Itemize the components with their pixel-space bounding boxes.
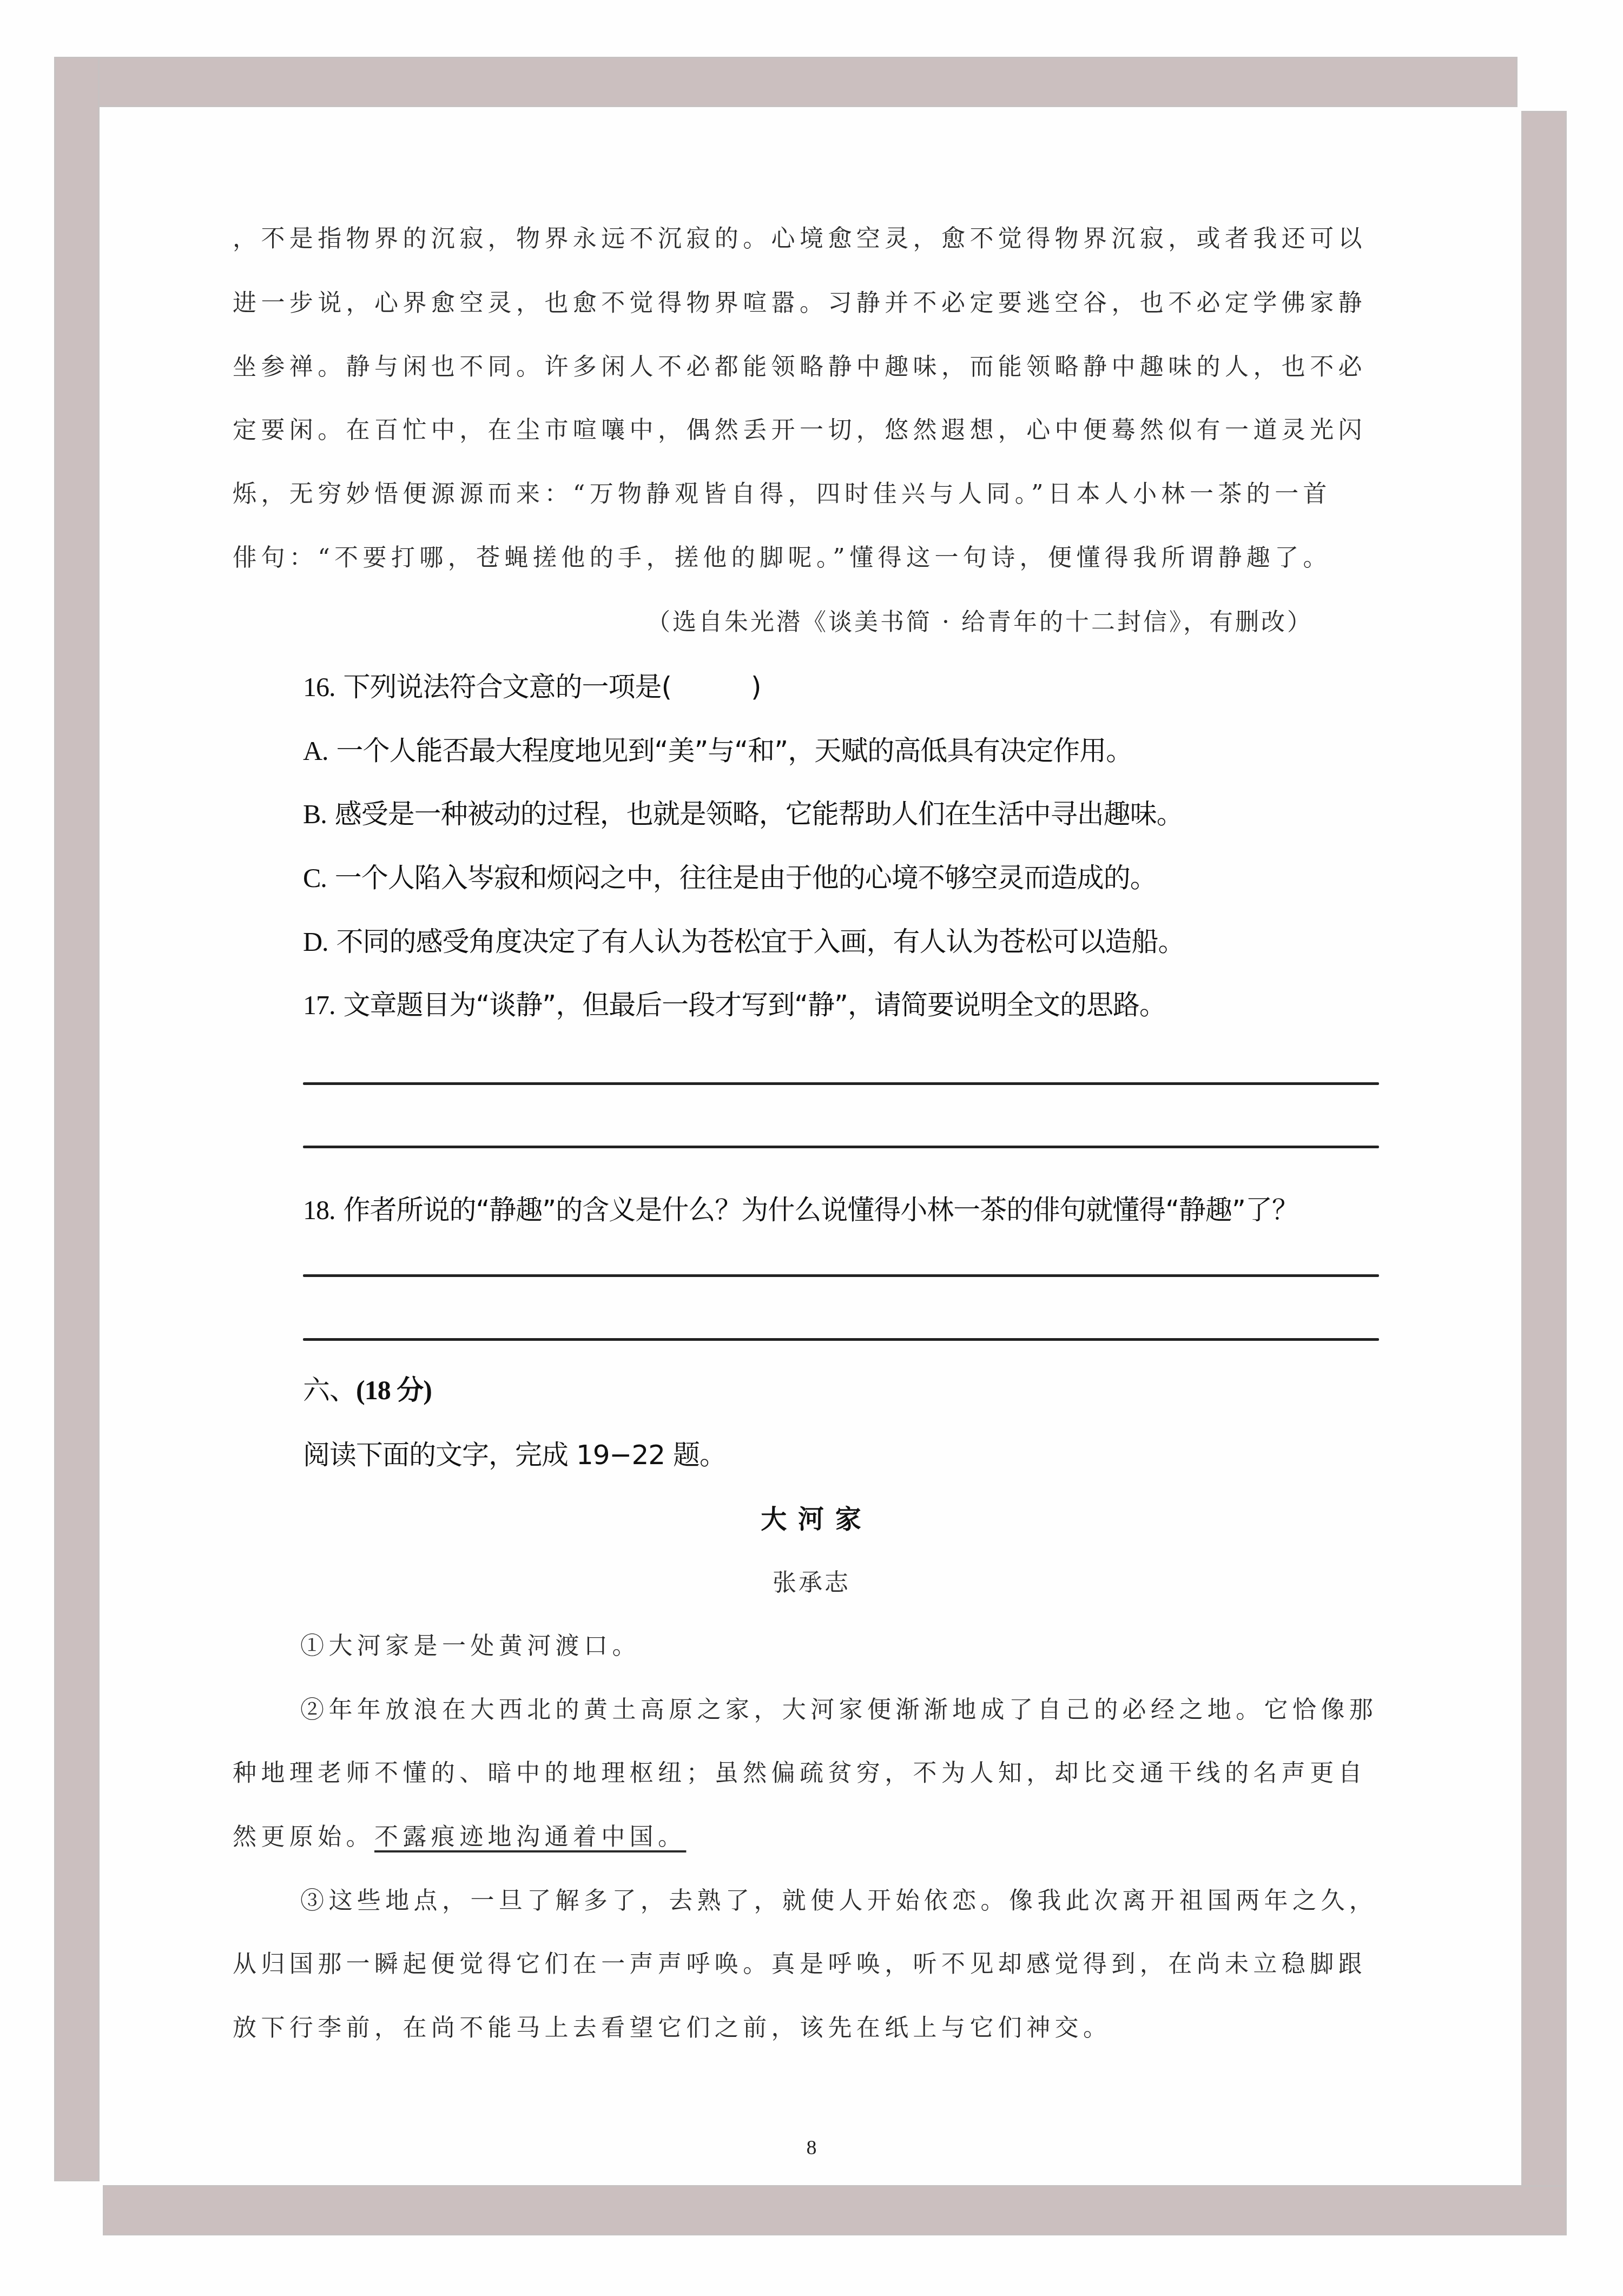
question-18-stem: 18. 作者所说的“静趣”的含义是什么？为什么说懂得小林一茶的俳句就懂得“静趣”… xyxy=(303,1196,1298,1223)
section-heading: 六、(18 分) xyxy=(303,1377,432,1404)
passage-line: 烁，无穷妙悟便源源而来：“万物静观皆自得，四时佳兴与人同。”日本人小林一茶的一首 xyxy=(233,482,1331,506)
option-letter: D. xyxy=(303,927,328,957)
paragraph-line: 放下行李前，在尚不能马上去看望它们之前，该先在纸上与它们神交。 xyxy=(233,2016,1111,2040)
passage-line: 进一步说，心界愈空灵，也愈不觉得物界喧嚣。习静并不必定要逃空谷，也不必定学佛家静 xyxy=(233,292,1367,315)
question-17-stem: 17. 文章题目为“谈静”，但最后一段才写到“静”，请简要说明全文的思路。 xyxy=(303,991,1166,1018)
frame-bottom xyxy=(103,2185,1567,2235)
option-letter: A. xyxy=(303,736,328,766)
answer-line xyxy=(303,1146,1379,1148)
paragraph-line: ③这些地点，一旦了解多了，去熟了，就使人开始依恋。像我此次离开祖国两年之久， xyxy=(300,1889,1377,1913)
paragraph-line: 种地理老师不懂的、暗中的地理枢纽；虽然偏疏贫穷，不为人知，却比交通干线的名声更自 xyxy=(233,1762,1367,1785)
passage-line: 坐参禅。静与闲也不同。许多闲人不必都能领略静中趣味，而能领略静中趣味的人，也不必 xyxy=(233,355,1367,379)
option-text: 一个人能否最大程度地见到“美”与“和”，天赋的高低具有决定作用。 xyxy=(337,735,1133,766)
option-d: D. 不同的感受角度决定了有人认为苍松宜于入画，有人认为苍松可以造船。 xyxy=(303,928,1185,955)
option-c: C. 一个人陷入岑寂和烦闷之中，往往是由于他的心境不够空灵而造成的。 xyxy=(303,864,1157,891)
underlined-sentence: 不露痕迹地沟通着中国。 xyxy=(374,1823,686,1851)
section-score: (18 分) xyxy=(356,1375,432,1405)
passage-line: 俳句：“不要打哪，苍蝇搓他的手，搓他的脚呢。”懂得这一句诗，便懂得我所谓静趣了。 xyxy=(233,546,1331,570)
paragraph-line: ②年年放浪在大西北的黄土高原之家，大河家便渐渐地成了自己的必经之地。它恰像那 xyxy=(300,1698,1377,1722)
question-16-stem: 16. 下列说法符合文意的一项是( ) xyxy=(303,673,761,700)
question-text: 文章题目为“谈静”，但最后一段才写到“静”，请简要说明全文的思路。 xyxy=(343,989,1166,1021)
answer-line xyxy=(303,1338,1379,1341)
article-title: 大 河 家 xyxy=(0,1506,1623,1532)
option-text: 感受是一种被动的过程，也就是领略，它能帮助人们在生活中寻出趣味。 xyxy=(335,798,1183,830)
frame-left xyxy=(54,57,100,2181)
question-number: 18. xyxy=(303,1195,335,1225)
section-instruction: 阅读下面的文字，完成 19−22 题。 xyxy=(303,1441,726,1468)
question-number: 16. xyxy=(303,672,335,702)
article-author: 张承志 xyxy=(0,1571,1623,1595)
paragraph-text: 然更原始。 xyxy=(233,1823,374,1851)
option-letter: B. xyxy=(303,799,327,829)
question-number: 17. xyxy=(303,990,335,1020)
option-a: A. 一个人能否最大程度地见到“美”与“和”，天赋的高低具有决定作用。 xyxy=(303,737,1132,764)
answer-line xyxy=(303,1082,1379,1085)
paragraph-line: 从归国那一瞬起便觉得它们在一声声呼唤。真是呼唤，听不见却感觉得到，在尚未立稳脚跟 xyxy=(233,1953,1367,1976)
citation: （选自朱光潜《谈美书简 · 给青年的十二封信》，有删改） xyxy=(646,611,1313,634)
section-number: 六、 xyxy=(303,1374,356,1406)
question-text: 作者所说的“静趣”的含义是什么？为什么说懂得小林一茶的俳句就懂得“静趣”了？ xyxy=(343,1194,1298,1226)
option-letter: C. xyxy=(303,863,327,893)
question-text: 下列说法符合文意的一项是( ) xyxy=(343,671,761,703)
frame-right xyxy=(1521,111,1567,2235)
option-text: 一个人陷入岑寂和烦闷之中，往往是由于他的心境不够空灵而造成的。 xyxy=(335,862,1157,894)
option-b: B. 感受是一种被动的过程，也就是领略，它能帮助人们在生活中寻出趣味。 xyxy=(303,800,1183,828)
passage-line: 定要闲。在百忙中，在尘市喧嚷中，偶然丢开一切，悠然遐想，心中便蓦然似有一道灵光闪 xyxy=(233,419,1367,442)
option-text: 不同的感受角度决定了有人认为苍松宜于入画，有人认为苍松可以造船。 xyxy=(337,926,1185,957)
paragraph-1: ①大河家是一处黄河渡口。 xyxy=(300,1635,641,1658)
page-number: 8 xyxy=(0,2138,1623,2158)
answer-line xyxy=(303,1274,1379,1277)
passage-line: ，不是指物界的沉寂，物界永远不沉寂的。心境愈空灵，愈不觉得物界沉寂，或者我还可以 xyxy=(233,227,1367,251)
paragraph-line: 然更原始。不露痕迹地沟通着中国。 xyxy=(233,1825,686,1849)
frame-top xyxy=(54,57,1518,107)
